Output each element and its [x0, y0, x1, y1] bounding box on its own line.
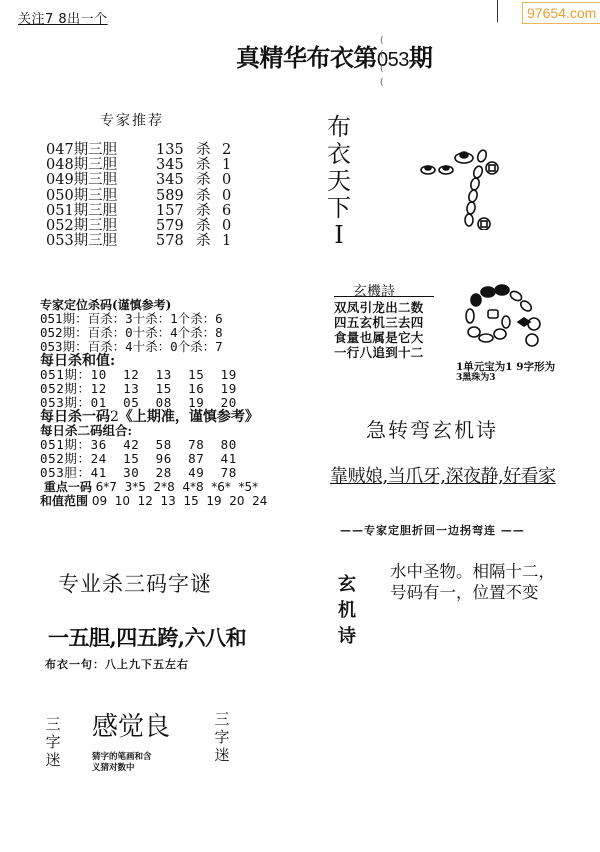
- kill-cell: 6: [222, 204, 231, 219]
- riddle-title: 专业杀三码字谜: [58, 568, 212, 598]
- kill-label: 杀: [196, 143, 222, 158]
- vertical-char: 机: [336, 598, 358, 624]
- issue-cell: 049期三胆: [46, 173, 156, 188]
- expert-recommendation-heading: 专家推荐: [100, 110, 164, 130]
- sum-range-label: 和值范围: [40, 494, 88, 508]
- vertical-char: 诗: [336, 624, 358, 650]
- poem-line: 食量也属是它大: [334, 330, 424, 345]
- table-row: 049期三胆345杀0: [46, 173, 231, 188]
- divider-line: [497, 0, 498, 22]
- kill-cell: 0: [222, 189, 231, 204]
- digits-cell: 345: [156, 158, 196, 173]
- site-watermark[interactable]: 97654.com: [522, 2, 600, 24]
- riddle-hint: 猜字的笔画和含义猜对数中: [92, 752, 152, 774]
- poem-line: 一行八追到十二: [334, 345, 424, 360]
- digits-cell: 579: [156, 219, 196, 234]
- positional-kill-row: 052期：百杀：0十杀：4个杀：8: [40, 326, 267, 340]
- title-suffix: 期: [409, 44, 433, 72]
- table-row: 047期三胆135杀2: [46, 143, 231, 158]
- digits-cell: 157: [156, 204, 196, 219]
- three-char-riddle-label-left: 三 字 迷: [44, 715, 62, 769]
- kill-cell: 1: [222, 234, 231, 249]
- vertical-char: 天: [326, 168, 352, 195]
- daily-two-kill-row: 051期：36 42 58 78 80: [40, 438, 267, 452]
- issue-cell: 053期三胆: [46, 234, 156, 249]
- daily-one-kill-note: 《上期准，谨慎参考》: [119, 409, 259, 425]
- kill-cell: 1: [222, 158, 231, 173]
- issue-cell: 051期三胆: [46, 204, 156, 219]
- sum-range-row: 和值范围 09 10 12 13 15 19 20 24: [40, 494, 267, 508]
- poem-line: 双凤引龙出二数: [334, 300, 424, 315]
- caption-line: 3黑珠为3: [456, 373, 555, 384]
- vertical-char: 衣: [326, 141, 352, 168]
- kill-statistics-block: 专家定位杀码(谨慎参考) 051期：百杀：3十杀：1个杀：6 052期：百杀：0…: [40, 298, 267, 508]
- vertical-char: 布: [326, 114, 352, 141]
- bead-necklace-icon: [462, 282, 552, 362]
- vertical-char: 字: [44, 733, 62, 751]
- issue-cell: 047期三胆: [46, 143, 156, 158]
- digits-cell: 578: [156, 234, 196, 249]
- digits-cell: 135: [156, 143, 196, 158]
- issue-cell: 050期三胆: [46, 189, 156, 204]
- issue-cell: 052期三胆: [46, 219, 156, 234]
- positional-kill-heading: 专家定位杀码(谨慎参考): [40, 298, 267, 312]
- kill-label: 杀: [196, 204, 222, 219]
- table-row: 050期三胆589杀0: [46, 189, 231, 204]
- vertical-char: 玄: [336, 572, 358, 598]
- vertical-char: 迷: [213, 746, 231, 764]
- poem-line: 水中圣物。相隔十二，: [390, 561, 555, 582]
- daily-sum-kill-row: 053期：01 05 08 19 20: [40, 396, 267, 410]
- xuanji-poem2-vertical: 玄 机 诗: [336, 572, 358, 650]
- kill-cell: 2: [222, 143, 231, 158]
- daily-two-kill-heading: 每日杀二码组合:: [40, 424, 267, 438]
- xuanji-poem-title: 玄機詩: [353, 281, 395, 301]
- poem-line: 号码有一，位置不变: [390, 582, 555, 603]
- kill-cell: 0: [222, 173, 231, 188]
- scan-artifact-marks: ((((: [380, 34, 384, 94]
- key-code-label: 重点一码: [44, 480, 92, 494]
- daily-sum-kill-row: 051期：10 12 13 15 19: [40, 368, 267, 382]
- kill-label: 杀: [196, 189, 222, 204]
- art-caption: 1单元宝为1 9字形为 3黑珠为3: [456, 362, 555, 384]
- daily-one-kill: 每日杀一码2《上期准，谨慎参考》: [40, 410, 267, 424]
- xuanji-poem2-lines: 水中圣物。相隔十二， 号码有一，位置不变: [390, 561, 555, 603]
- positional-kill-row: 051期：百杀：3十杀：1个杀：6: [40, 312, 267, 326]
- daily-sum-kill-heading: 每日杀和值:: [40, 354, 267, 368]
- daily-two-kill-row: 053胆：41 30 28 49 78: [40, 466, 267, 480]
- kill-label: 杀: [196, 173, 222, 188]
- positional-kill-row: 053期：百杀：4十杀：0个杀：7: [40, 340, 267, 354]
- kill-label: 杀: [196, 219, 222, 234]
- riddle-answer: 一五胆,四五跨,六八和: [48, 622, 246, 652]
- divider-line: [334, 296, 434, 297]
- key-code-values: 6*7 3*5 2*8 4*8 *6* *5*: [96, 480, 259, 494]
- table-row: 053期三胆578杀1: [46, 234, 231, 249]
- buyi-phrase: 布衣一句：八上九下五左右: [45, 656, 189, 672]
- expert-recommendation-table: 047期三胆135杀2 048期三胆345杀1 049期三胆345杀0 050期…: [46, 143, 231, 249]
- vertical-char: 下: [326, 195, 352, 222]
- daily-sum-kill-row: 052期：12 13 15 16 19: [40, 382, 267, 396]
- digits-cell: 345: [156, 173, 196, 188]
- brainteaser-poem-line: 靠贼娘,当爪牙,深夜静,好看家: [330, 462, 556, 488]
- digits-cell: 589: [156, 189, 196, 204]
- table-row: 051期三胆157杀6: [46, 204, 231, 219]
- page-title: 真精华布衣第053期: [236, 38, 432, 73]
- caption-line: 1单元宝为1 9字形为: [456, 362, 555, 373]
- vertical-char: 三: [44, 715, 62, 733]
- sum-range-values: 09 10 12 13 15 19 20 24: [92, 494, 268, 508]
- title-prefix: 真精华布衣第: [236, 44, 377, 72]
- table-row: 052期三胆579杀0: [46, 219, 231, 234]
- riddle-word: 感觉良: [92, 706, 170, 743]
- kill-cell: 0: [222, 219, 231, 234]
- expert-hint-line: ——专家定胆折回一边拐弯连 ——: [340, 522, 525, 538]
- vertical-char: I: [326, 222, 352, 249]
- vertical-char: 三: [213, 710, 231, 728]
- focus-note: 关注7 8出一个: [18, 8, 108, 27]
- vertical-char: 迷: [44, 751, 62, 769]
- ingot-chain-icon: [420, 140, 510, 230]
- daily-two-kill-row: 052期：24 15 96 87 41: [40, 452, 267, 466]
- brainteaser-poem-title: 急转弯玄机诗: [366, 414, 498, 443]
- three-char-riddle-label-right: 三 字 迷: [213, 710, 231, 764]
- buyi-tianxia-vertical: 布 衣 天 下 I: [326, 114, 352, 249]
- xuanji-poem-lines: 双凤引龙出二数 四五玄机三去四 食量也属是它大 一行八追到十二: [334, 300, 424, 360]
- poem-line: 四五玄机三去四: [334, 315, 424, 330]
- kill-label: 杀: [196, 234, 222, 249]
- vertical-char: 字: [213, 728, 231, 746]
- key-code-row: 重点一码 6*7 3*5 2*8 4*8 *6* *5*: [40, 480, 267, 494]
